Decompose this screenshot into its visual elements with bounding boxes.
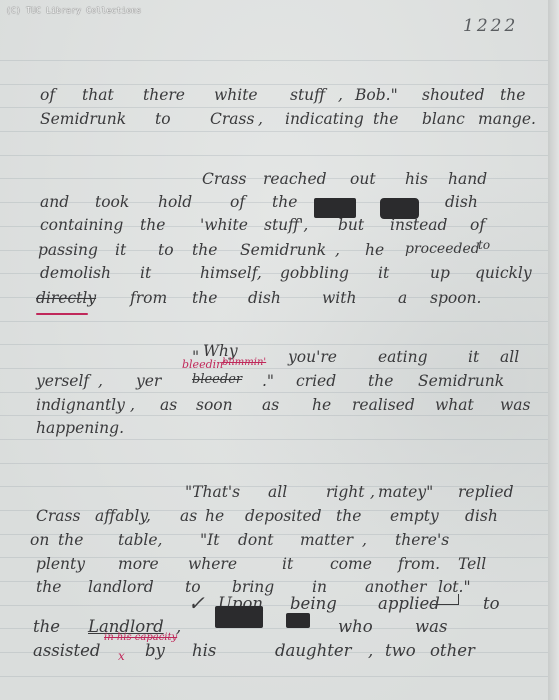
page-number: 1222 — [463, 16, 518, 36]
copyright-notice: (C) TUC Library Collections — [6, 6, 141, 15]
struck-word: bleeder — [192, 372, 242, 387]
red-struck-word: blimmin' — [222, 357, 266, 368]
struck-word: directly — [36, 289, 96, 307]
red-underline — [36, 313, 88, 315]
redaction-block — [286, 613, 310, 628]
page-edge — [548, 0, 559, 700]
manuscript-page: (C) TUC Library Collections 1222 of that… — [0, 0, 559, 700]
insertion-mark-icon: ✓ — [188, 591, 205, 615]
redaction-block — [314, 198, 356, 218]
redaction-block — [215, 606, 263, 628]
red-insertion-bleedin: bleedin' — [182, 358, 226, 371]
red-struck-insert: in his capacity — [104, 632, 177, 643]
red-insertion-mark: x — [118, 649, 125, 663]
